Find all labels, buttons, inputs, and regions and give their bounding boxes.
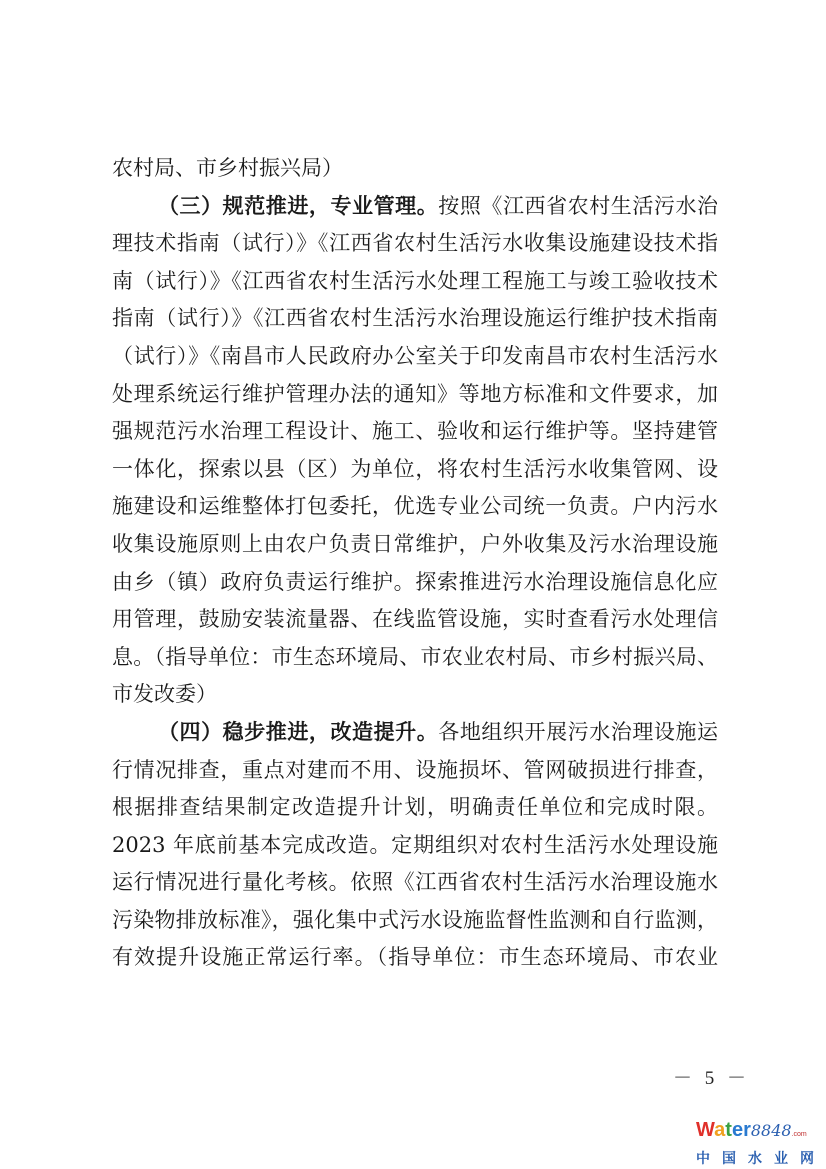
- line-text: 各地组织开展污水治理设施运: [438, 720, 718, 744]
- line-text: 污染物排放标准》，强化集中式污水设施监督性监测和自行监测，: [112, 908, 718, 932]
- watermark-letter: W: [696, 1119, 714, 1141]
- line-text: 理技术指南（试行）》《江西省农村生活污水收集设施建设技术指: [112, 231, 718, 255]
- text-line: 用管理，鼓励安装流量器、在线监管设施，实时查看污水处理信: [112, 601, 718, 639]
- watermark-letter: t: [725, 1119, 732, 1141]
- section-heading-line: （四）稳步推进，改造提升。各地组织开展污水治理设施运: [112, 714, 718, 752]
- text-line: 南（试行）》《江西省农村生活污水处理工程施工与竣工验收技术: [112, 263, 718, 301]
- line-text: （试行）》《南昌市人民政府办公室关于印发南昌市农村生活污水: [112, 344, 718, 368]
- line-text: 由乡（镇）政府负责运行维护。探索推进污水治理设施信息化应: [112, 570, 718, 594]
- line-text: 处理系统运行维护管理办法的通知》等地方标准和文件要求，加: [112, 382, 718, 406]
- watermark-brand: Water8848.com: [696, 1120, 824, 1145]
- line-text: 行情况排查，重点对建而不用、设施损坏、管网破损进行排查，: [112, 758, 718, 782]
- line-text: 农村局、市乡村振兴局）: [112, 156, 343, 180]
- text-line: 市发改委）: [112, 676, 718, 714]
- text-line: 强规范污水治理工程设计、施工、验收和运行维护等。坚持建管: [112, 413, 718, 451]
- line-text: 用管理，鼓励安装流量器、在线监管设施，实时查看污水处理信: [112, 607, 718, 631]
- watermark-chinese-name: 中国水业网: [696, 1148, 824, 1168]
- line-text: 收集设施原则上由农户负责日常维护，户外收集及污水治理设施: [112, 532, 718, 556]
- line-text: 市发改委）: [112, 682, 217, 706]
- watermark-letter: a: [714, 1119, 725, 1141]
- line-text: 施建设和运维整体打包委托，优选专业公司统一负责。户内污水: [112, 494, 718, 518]
- watermark-letter: e: [732, 1119, 743, 1141]
- text-line: 施建设和运维整体打包委托，优选专业公司统一负责。户内污水: [112, 488, 718, 526]
- section-heading: （三）规范推进，专业管理。: [158, 194, 438, 218]
- text-line: 理技术指南（试行）》《江西省农村生活污水收集设施建设技术指: [112, 225, 718, 263]
- section-heading-line: （三）规范推进，专业管理。按照《江西省农村生活污水治: [112, 188, 718, 226]
- line-text: 运行情况进行量化考核。依照《江西省农村生活污水治理设施水: [112, 870, 718, 894]
- document-page: 农村局、市乡村振兴局）（三）规范推进，专业管理。按照《江西省农村生活污水治理技术…: [0, 0, 826, 1169]
- text-line: 一体化，探索以县（区）为单位，将农村生活污水收集管网、设: [112, 451, 718, 489]
- body-text: 农村局、市乡村振兴局）（三）规范推进，专业管理。按照《江西省农村生活污水治理技术…: [112, 150, 718, 977]
- text-line: 根据排查结果制定改造提升计划，明确责任单位和完成时限。: [112, 789, 718, 827]
- line-text: 一体化，探索以县（区）为单位，将农村生活污水收集管网、设: [112, 457, 718, 481]
- text-line: 处理系统运行维护管理办法的通知》等地方标准和文件要求，加: [112, 376, 718, 414]
- text-line: 收集设施原则上由农户负责日常维护，户外收集及污水治理设施: [112, 526, 718, 564]
- text-line: （试行）》《南昌市人民政府办公室关于印发南昌市农村生活污水: [112, 338, 718, 376]
- watermark-number: 8848: [751, 1121, 792, 1140]
- text-line: 农村局、市乡村振兴局）: [112, 150, 718, 188]
- line-text: 2023 年底前基本完成改造。定期组织对农村生活污水处理设施: [112, 833, 718, 857]
- section-heading: （四）稳步推进，改造提升。: [158, 720, 438, 744]
- watermark-domain: .com: [792, 1131, 807, 1138]
- watermark-letter: r: [743, 1119, 751, 1141]
- text-line: 有效提升设施正常运行率。（指导单位：市生态环境局、市农业: [112, 939, 718, 977]
- text-line: 由乡（镇）政府负责运行维护。探索推进污水治理设施信息化应: [112, 564, 718, 602]
- site-watermark-logo: Water8848.com 中国水业网: [696, 1120, 824, 1166]
- line-text: 根据排查结果制定改造提升计划，明确责任单位和完成时限。: [112, 795, 718, 819]
- line-text: 强规范污水治理工程设计、施工、验收和运行维护等。坚持建管: [112, 419, 718, 443]
- text-line: 指南（试行）》《江西省农村生活污水治理设施运行维护技术指南: [112, 300, 718, 338]
- line-text: 有效提升设施正常运行率。（指导单位：市生态环境局、市农业: [112, 945, 718, 969]
- line-text: 按照《江西省农村生活污水治: [438, 194, 718, 218]
- text-line: 息。（指导单位：市生态环境局、市农业农村局、市乡村振兴局、: [112, 639, 718, 677]
- text-line: 2023 年底前基本完成改造。定期组织对农村生活污水处理设施: [112, 827, 718, 865]
- text-line: 污染物排放标准》，强化集中式污水设施监督性监测和自行监测，: [112, 902, 718, 940]
- page-number: － 5 －: [673, 1063, 750, 1090]
- line-text: 指南（试行）》《江西省农村生活污水治理设施运行维护技术指南: [112, 306, 718, 330]
- text-line: 行情况排查，重点对建而不用、设施损坏、管网破损进行排查，: [112, 752, 718, 790]
- line-text: 息。（指导单位：市生态环境局、市农业农村局、市乡村振兴局、: [112, 645, 718, 669]
- text-line: 运行情况进行量化考核。依照《江西省农村生活污水治理设施水: [112, 864, 718, 902]
- line-text: 南（试行）》《江西省农村生活污水处理工程施工与竣工验收技术: [112, 269, 718, 293]
